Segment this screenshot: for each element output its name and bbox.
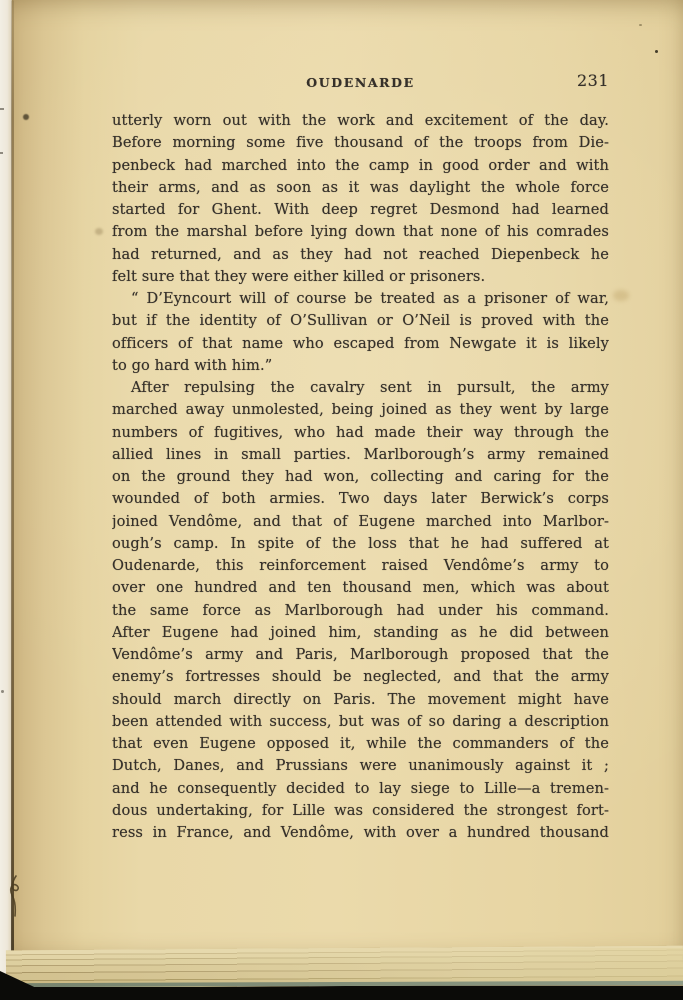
text-line: to go hard with him.” bbox=[112, 355, 609, 377]
text-line: enemy’s fortresses should be neglected, … bbox=[112, 666, 609, 688]
text-line: penbeck had marched into the camp in goo… bbox=[112, 155, 609, 177]
running-title: OUDENARDE bbox=[112, 75, 609, 90]
text-line: Vendôme’s army and Paris, Marlborough pr… bbox=[112, 644, 609, 666]
text-line: Oudenarde, this reinforcement raised Ven… bbox=[112, 555, 609, 577]
text-line: had returned, and as they had not reache… bbox=[112, 244, 609, 266]
paper-stain bbox=[95, 228, 103, 235]
edge-mark bbox=[0, 152, 3, 154]
paper-stain bbox=[613, 290, 629, 301]
text-line: but if the identity of O’Sullivan or O’N… bbox=[112, 310, 609, 332]
text-line: their arms, and as soon as it was daylig… bbox=[112, 177, 609, 199]
text-line: from the marshal before lying down that … bbox=[112, 221, 609, 243]
page-number: 231 bbox=[577, 71, 609, 90]
pen-flourish-mark bbox=[3, 874, 27, 918]
text-line: started for Ghent. With deep regret Desm… bbox=[112, 199, 609, 221]
text-line: should march directly on Paris. The move… bbox=[112, 689, 609, 711]
text-line: utterly worn out with the work and excit… bbox=[112, 110, 609, 132]
text-line: After repulsing the cavalry sent in purs… bbox=[112, 377, 609, 399]
text-line: officers of that name who escaped from N… bbox=[112, 333, 609, 355]
edge-mark bbox=[0, 108, 4, 110]
text-line: Before morning some five thousand of the… bbox=[112, 132, 609, 154]
cover-shadow-band bbox=[0, 987, 683, 1000]
book-page-scan: OUDENARDE 231 utterly worn out with the … bbox=[0, 0, 683, 1000]
edge-mark bbox=[1, 690, 4, 693]
text-line: the same force as Marlborough had under … bbox=[112, 600, 609, 622]
ink-speck bbox=[655, 50, 658, 53]
page-header: OUDENARDE 231 bbox=[112, 73, 609, 91]
text-line: been attended with success, but was of s… bbox=[112, 711, 609, 733]
text-line: numbers of fugitives, who had made their… bbox=[112, 422, 609, 444]
text-line: and he consequently decided to lay siege… bbox=[112, 778, 609, 800]
text-line: After Eugene had joined him, standing as… bbox=[112, 622, 609, 644]
text-line: joined Vendôme, and that of Eugene march… bbox=[112, 511, 609, 533]
text-column: OUDENARDE 231 utterly worn out with the … bbox=[112, 73, 609, 91]
gutter-crease bbox=[11, 0, 14, 978]
text-line: “ D’Eyncourt will of course be treated a… bbox=[112, 288, 609, 310]
text-line: wounded of both armies. Two days later B… bbox=[112, 488, 609, 510]
text-line: marched away unmolested, being joined as… bbox=[112, 399, 609, 421]
text-line: ress in France, and Vendôme, with over a… bbox=[112, 822, 609, 844]
text-line: dous undertaking, for Lille was consider… bbox=[112, 800, 609, 822]
ink-speck bbox=[23, 114, 29, 120]
text-line: that even Eugene opposed it, while the c… bbox=[112, 733, 609, 755]
text-line: Dutch, Danes, and Prussians were unanimo… bbox=[112, 755, 609, 777]
text-line: over one hundred and ten thousand men, w… bbox=[112, 577, 609, 599]
text-line: ough’s camp. In spite of the loss that h… bbox=[112, 533, 609, 555]
text-line: allied lines in small parties. Marlborou… bbox=[112, 444, 609, 466]
ink-speck bbox=[639, 24, 642, 26]
text-line: felt sure that they were either killed o… bbox=[112, 266, 609, 288]
body-text: utterly worn out with the work and excit… bbox=[112, 110, 609, 844]
text-line: on the ground they had won, collecting a… bbox=[112, 466, 609, 488]
